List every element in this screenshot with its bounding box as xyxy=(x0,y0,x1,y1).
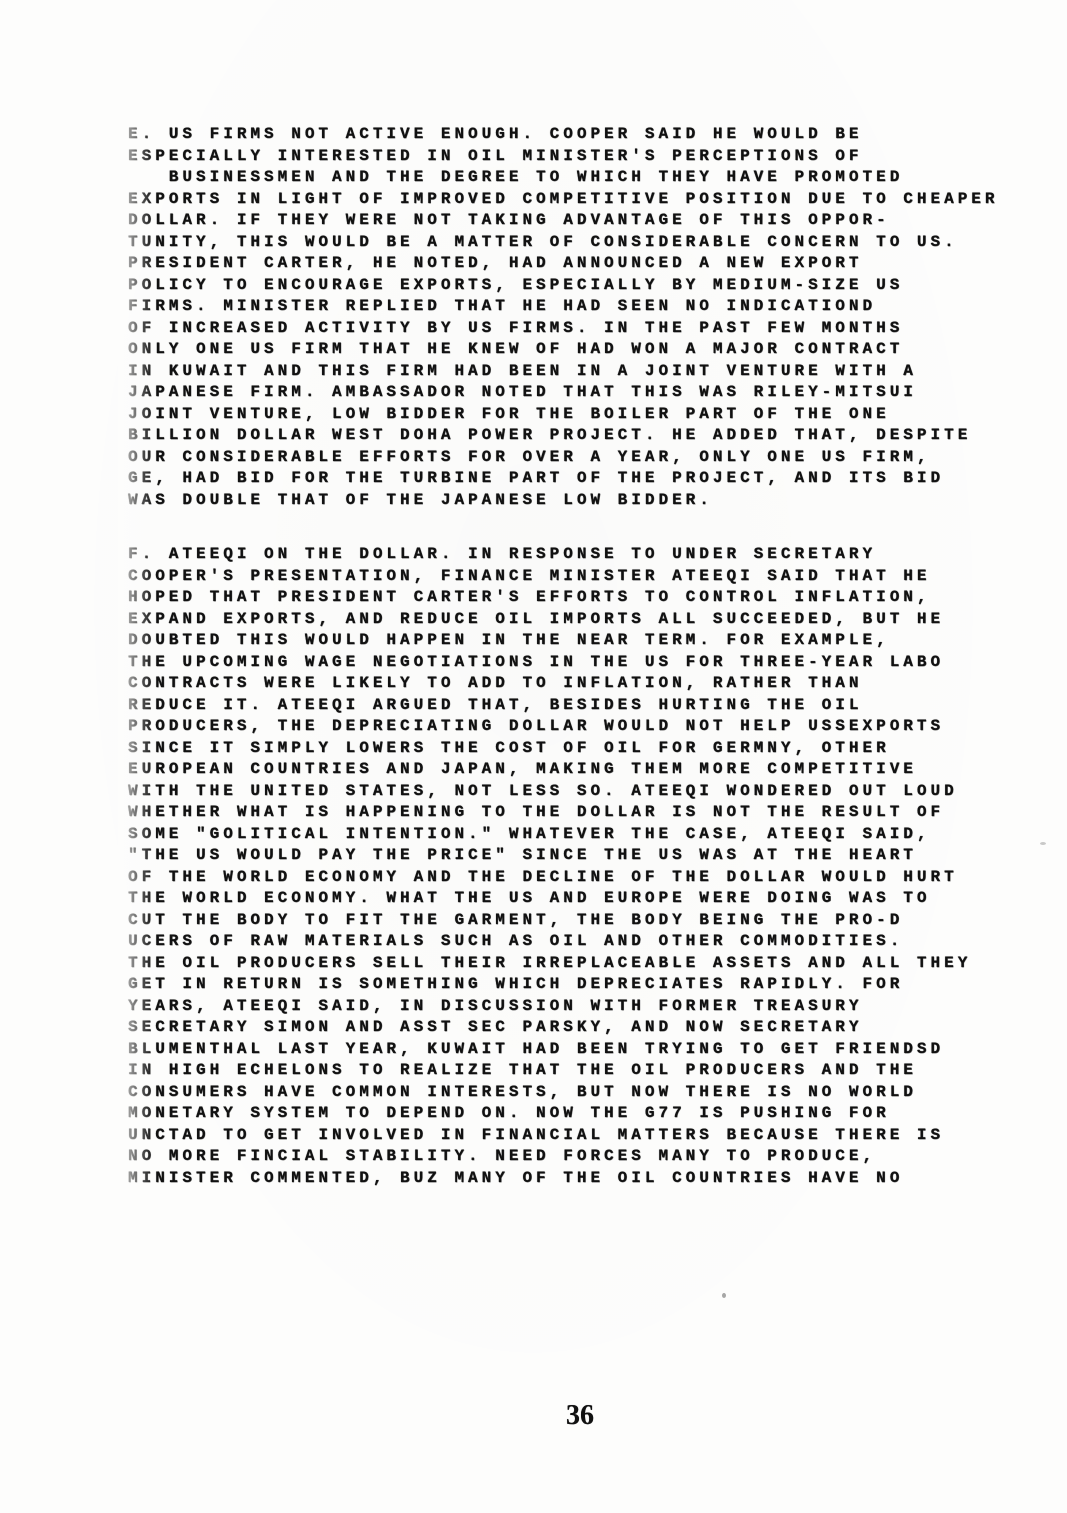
text-line: JOINT VENTURE, LOW BIDDER FOR THE BOILER… xyxy=(128,404,1028,426)
text-line: MONETARY SYSTEM TO DEPEND ON. NOW THE G7… xyxy=(128,1103,1028,1125)
text-line: POLICY TO ENCOURAGE EXPORTS, ESPECIALLY … xyxy=(128,275,1028,297)
text-line: YEARS, ATEEQI SAID, IN DISCUSSION WITH F… xyxy=(128,996,1028,1018)
text-line: CUT THE BODY TO FIT THE GARMENT, THE BOD… xyxy=(128,910,1028,932)
page-number: 36 xyxy=(548,1400,612,1432)
text-line: THE WORLD ECONOMY. WHAT THE US AND EUROP… xyxy=(128,888,1028,910)
scan-speck-artifact xyxy=(722,1293,726,1298)
text-line: FIRMS. MINISTER REPLIED THAT HE HAD SEEN… xyxy=(128,296,1028,318)
text-line: DOLLAR. IF THEY WERE NOT TAKING ADVANTAG… xyxy=(128,210,1028,232)
text-line: BUSINESSMEN AND THE DEGREE TO WHICH THEY… xyxy=(128,167,1028,189)
para-ateeqi-on-the-dollar: F. ATEEQI ON THE DOLLAR. IN RESPONSE TO … xyxy=(128,544,1028,1189)
text-line: OF INCREASED ACTIVITY BY US FIRMS. IN TH… xyxy=(128,318,1028,340)
text-line: WHETHER WHAT IS HAPPENING TO THE DOLLAR … xyxy=(128,802,1028,824)
text-line: MINISTER COMMENTED, BUZ MANY OF THE OIL … xyxy=(128,1168,1028,1190)
document-text: E. US FIRMS NOT ACTIVE ENOUGH. COOPER SA… xyxy=(128,124,1028,1189)
text-line: JAPANESE FIRM. AMBASSADOR NOTED THAT THI… xyxy=(128,382,1028,404)
text-line: CONSUMERS HAVE COMMON INTERESTS, BUT NOW… xyxy=(128,1082,1028,1104)
text-line: IN KUWAIT AND THIS FIRM HAD BEEN IN A JO… xyxy=(128,361,1028,383)
scan-speck-artifact xyxy=(1040,842,1046,845)
text-line: ONLY ONE US FIRM THAT HE KNEW OF HAD WON… xyxy=(128,339,1028,361)
text-line: TUNITY, THIS WOULD BE A MATTER OF CONSID… xyxy=(128,232,1028,254)
text-line: NO MORE FINCIAL STABILITY. NEED FORCES M… xyxy=(128,1146,1028,1168)
text-line: BILLION DOLLAR WEST DOHA POWER PROJECT. … xyxy=(128,425,1028,447)
text-line: E. US FIRMS NOT ACTIVE ENOUGH. COOPER SA… xyxy=(128,124,1028,146)
text-line: HOPED THAT PRESIDENT CARTER'S EFFORTS TO… xyxy=(128,587,1028,609)
text-line: "THE US WOULD PAY THE PRICE" SINCE THE U… xyxy=(128,845,1028,867)
text-line: PRODUCERS, THE DEPRECIATING DOLLAR WOULD… xyxy=(128,716,1028,738)
text-line: SECRETARY SIMON AND ASST SEC PARSKY, AND… xyxy=(128,1017,1028,1039)
text-line: OUR CONSIDERABLE EFFORTS FOR OVER A YEAR… xyxy=(128,447,1028,469)
text-line: OF THE WORLD ECONOMY AND THE DECLINE OF … xyxy=(128,867,1028,889)
text-line: WITH THE UNITED STATES, NOT LESS SO. ATE… xyxy=(128,781,1028,803)
text-line: EXPORTS IN LIGHT OF IMPROVED COMPETITIVE… xyxy=(128,189,1028,211)
text-line: F. ATEEQI ON THE DOLLAR. IN RESPONSE TO … xyxy=(128,544,1028,566)
text-line: REDUCE IT. ATEEQI ARGUED THAT, BESIDES H… xyxy=(128,695,1028,717)
text-line: IN HIGH ECHELONS TO REALIZE THAT THE OIL… xyxy=(128,1060,1028,1082)
text-line: THE UPCOMING WAGE NEGOTIATIONS IN THE US… xyxy=(128,652,1028,674)
text-line: CONTRACTS WERE LIKELY TO ADD TO INFLATIO… xyxy=(128,673,1028,695)
text-line: UCERS OF RAW MATERIALS SUCH AS OIL AND O… xyxy=(128,931,1028,953)
text-line: THE OIL PRODUCERS SELL THEIR IRREPLACEAB… xyxy=(128,953,1028,975)
text-line: UNCTAD TO GET INVOLVED IN FINANCIAL MATT… xyxy=(128,1125,1028,1147)
text-line: EUROPEAN COUNTRIES AND JAPAN, MAKING THE… xyxy=(128,759,1028,781)
text-line: GET IN RETURN IS SOMETHING WHICH DEPRECI… xyxy=(128,974,1028,996)
text-line: ESPECIALLY INTERESTED IN OIL MINISTER'S … xyxy=(128,146,1028,168)
scanned-document-page: E. US FIRMS NOT ACTIVE ENOUGH. COOPER SA… xyxy=(0,0,1067,1513)
text-line: DOUBTED THIS WOULD HAPPEN IN THE NEAR TE… xyxy=(128,630,1028,652)
text-line: SOME "GOLITICAL INTENTION." WHATEVER THE… xyxy=(128,824,1028,846)
text-line: PRESIDENT CARTER, HE NOTED, HAD ANNOUNCE… xyxy=(128,253,1028,275)
text-line: COOPER'S PRESENTATION, FINANCE MINISTER … xyxy=(128,566,1028,588)
text-line: BLUMENTHAL LAST YEAR, KUWAIT HAD BEEN TR… xyxy=(128,1039,1028,1061)
para-us-firms-activity: E. US FIRMS NOT ACTIVE ENOUGH. COOPER SA… xyxy=(128,124,1028,511)
text-line: WAS DOUBLE THAT OF THE JAPANESE LOW BIDD… xyxy=(128,490,1028,512)
text-line: GE, HAD BID FOR THE TURBINE PART OF THE … xyxy=(128,468,1028,490)
text-line: EXPAND EXPORTS, AND REDUCE OIL IMPORTS A… xyxy=(128,609,1028,631)
text-line: SINCE IT SIMPLY LOWERS THE COST OF OIL F… xyxy=(128,738,1028,760)
